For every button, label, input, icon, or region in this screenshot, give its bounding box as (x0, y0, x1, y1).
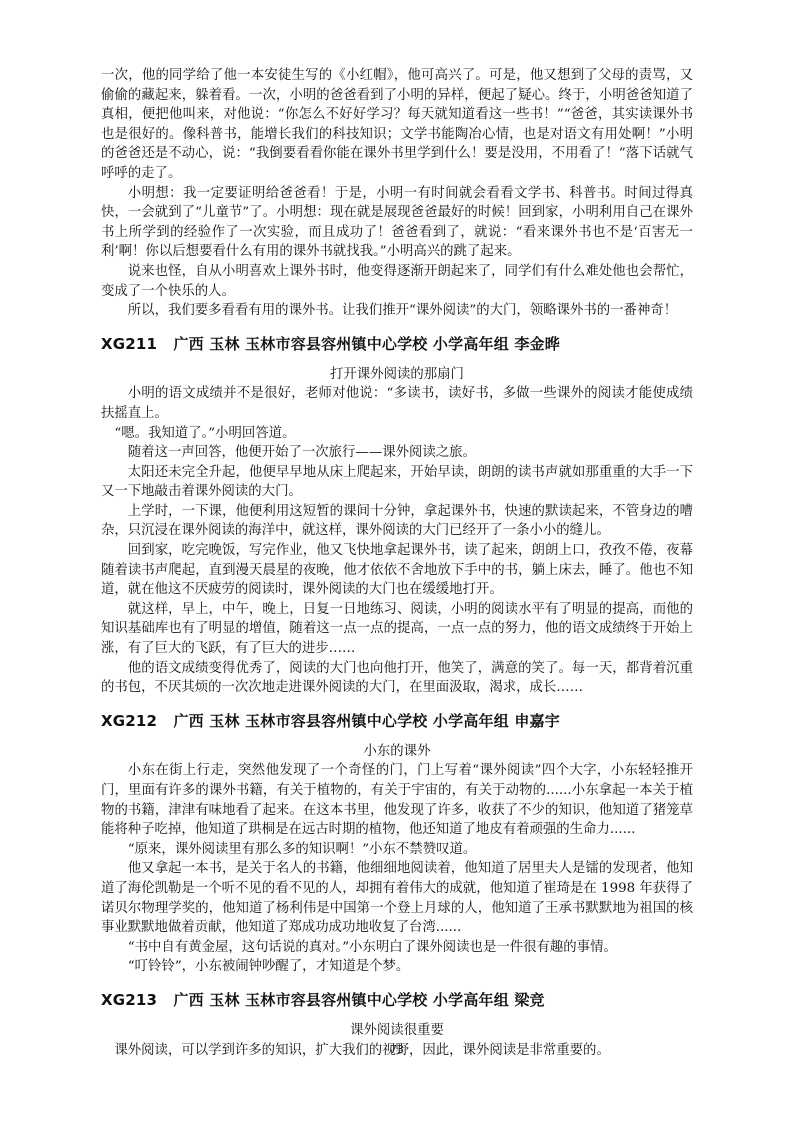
essay-title: 课外阅读很重要 (101, 1021, 693, 1041)
page-number: 73 (0, 1043, 794, 1056)
entry-heading: XG212 广西 玉林 玉林市容县容州镇中心学校 小学高年组 申嘉宇 (101, 711, 693, 731)
paragraph: 小明想：我一定要证明给爸爸看！于是，小明一有时间就会看看文学书、科普书。时间过得… (101, 184, 693, 262)
essay-title: 小东的课外 (101, 742, 693, 762)
essay-title: 打开课外阅读的那扇门 (101, 365, 693, 385)
entry-heading: XG211 广西 玉林 玉林市容县容州镇中心学校 小学高年组 李金晔 (101, 334, 693, 354)
paragraph: “嗯。我知道了。”小明回答道。 (101, 424, 693, 444)
paragraph: 小东在街上行走，突然他发现了一个奇怪的门，门上写着“课外阅读”四个大字，小东轻轻… (101, 761, 693, 839)
paragraph: 随着这一声回答，他便开始了一次旅行——课外阅读之旅。 (101, 443, 693, 463)
paragraph: 上学时，一下课，他便利用这短暂的课间十分钟，拿起课外书，快速的默读起来，不管身边… (101, 502, 693, 541)
paragraph: 他的语文成绩变得优秀了，阅读的大门也向他打开，他笑了，满意的笑了。每一天，都背着… (101, 659, 693, 698)
paragraph: “原来，课外阅读里有那么多的知识啊！”小东不禁赞叹道。 (101, 840, 693, 860)
paragraph: “书中自有黄金屋，这句话说的真对。”小东明白了课外阅读也是一件很有趣的事情。 (101, 938, 693, 958)
paragraph: 一次，他的同学给了他一本安徒生写的《小红帽》，他可高兴了。可是，他又想到了父母的… (101, 66, 693, 184)
paragraph: 他又拿起一本书，是关于名人的书籍，他细细地阅读着，他知道了居里夫人是镭的发现者，… (101, 859, 693, 937)
entry-heading: XG213 广西 玉林 玉林市容县容州镇中心学校 小学高年组 梁竞 (101, 990, 693, 1010)
paragraph: 太阳还未完全升起，他便早早地从床上爬起来，开始早读，朗朗的读书声就如那重重的大手… (101, 463, 693, 502)
entry-xg212: XG212 广西 玉林 玉林市容县容州镇中心学校 小学高年组 申嘉宇 小东的课外… (101, 711, 693, 977)
paragraph: “叮铃铃”，小东被闹钟吵醒了，才知道是个梦。 (101, 957, 693, 977)
continuation-section: 一次，他的同学给了他一本安徒生写的《小红帽》，他可高兴了。可是，他又想到了父母的… (101, 66, 693, 321)
paragraph: 回到家，吃完晚饭，写完作业，他又飞快地拿起课外书，读了起来，朗朗上口，孜孜不倦，… (101, 541, 693, 600)
entry-xg211: XG211 广西 玉林 玉林市容县容州镇中心学校 小学高年组 李金晔 打开课外阅… (101, 334, 693, 698)
paragraph: 所以，我们要多看看有用的课外书。让我们推开“课外阅读”的大门，领略课外书的一番神… (101, 301, 693, 321)
paragraph: 小明的语文成绩并不是很好，老师对他说：“多读书，读好书，多做一些课外的阅读才能使… (101, 384, 693, 423)
paragraph: 说来也怪，自从小明喜欢上课外书时，他变得逐渐开朗起来了，同学们有什么难处他也会帮… (101, 262, 693, 301)
paragraph: 就这样，早上，中午，晚上，日复一日地练习、阅读，小明的阅读水平有了明显的提高，而… (101, 600, 693, 659)
document-page: 一次，他的同学给了他一本安徒生写的《小红帽》，他可高兴了。可是，他又想到了父母的… (101, 66, 693, 1060)
